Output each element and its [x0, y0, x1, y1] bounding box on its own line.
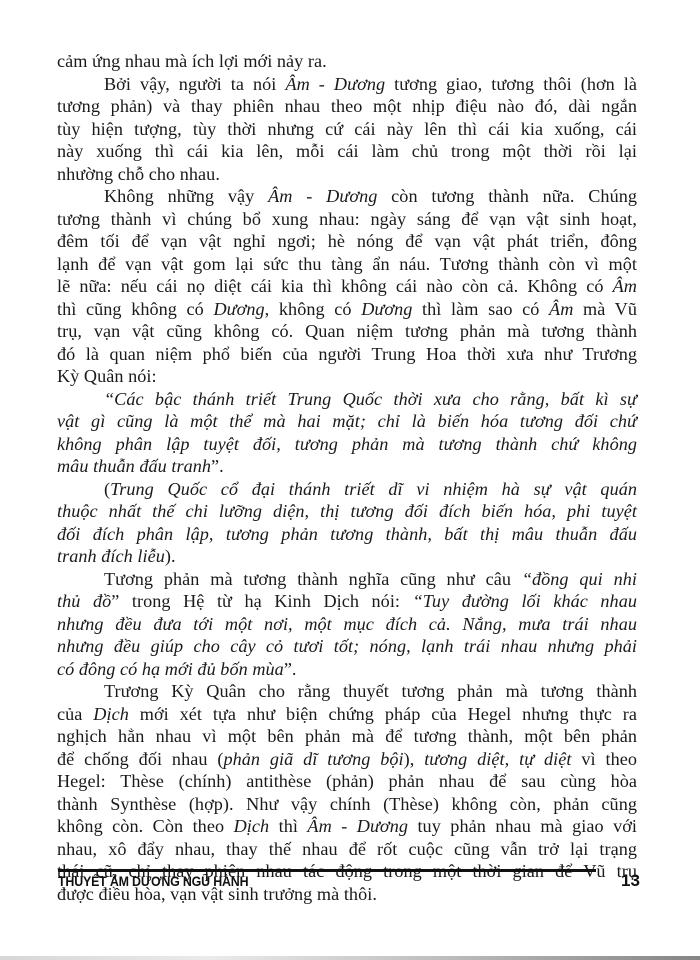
italic-text: Dương [361, 299, 412, 319]
text-run: ), [404, 749, 425, 769]
text-line: tùy hiện tượng, tùy thời nhưng cứ cái nà… [57, 118, 637, 141]
text-run: nghịch hẳn nhau vì một bên phản mà để tư… [57, 726, 637, 746]
text-run: Tương phản mà tương thành nghĩa cũng như… [104, 569, 522, 589]
text-run: thành Synthèse (hợp). Như vậy chính (Thè… [57, 794, 637, 814]
body-text: cảm ứng nhau mà ích lợi mới nảy ra.Bởi v… [57, 50, 637, 905]
footer-rule [58, 869, 596, 872]
text-line: Tương phản mà tương thành nghĩa cũng như… [57, 568, 637, 591]
text-run: vì theo [572, 749, 637, 769]
text-run: đó là quan niệm phổ biến của người Trung… [57, 344, 637, 364]
text-run: nhường chỗ cho nhau. [57, 164, 220, 184]
text-line: trụ, vạn vật cũng không có. Quan niệm tư… [57, 320, 637, 343]
italic-text: “đồng qui nhi [522, 569, 637, 589]
italic-text: thuộc nhất thế chi lưỡng diện, thị tương… [57, 501, 637, 521]
text-line: thành Synthèse (hợp). Như vậy chính (Thè… [57, 793, 637, 816]
italic-text: “Các bậc thánh triết Trung Quốc thời xưa… [104, 389, 637, 409]
italic-text: tương diệt, tự diệt [424, 749, 571, 769]
text-run: đêm tối để vạn vật nghỉ ngơi; hè nóng để… [57, 231, 637, 251]
text-run: này xuống thì cái kia lên, mỗi cái làm c… [57, 141, 637, 161]
italic-text: Trung Quốc cổ đại thánh triết dĩ vi nhiệ… [110, 479, 637, 499]
text-line: cảm ứng nhau mà ích lợi mới nảy ra. [57, 50, 637, 73]
text-line: thuộc nhất thế chi lưỡng diện, thị tương… [57, 500, 637, 523]
text-run: cảm ứng nhau mà ích lợi mới nảy ra. [57, 51, 327, 71]
paragraph: Không những vậy Âm - Dương còn tương thà… [57, 185, 637, 388]
text-run: không còn. Còn theo [57, 816, 234, 836]
text-run: ” trong Hệ từ hạ Kinh Dịch nói: [111, 591, 412, 611]
page-number: 13 [621, 871, 640, 891]
text-line: đối đích phân lập, tương phản tương thàn… [57, 523, 637, 546]
italic-text: vật gì cũng là một thể mà hai mặt; chỉ l… [57, 411, 637, 431]
text-line: nhau, xô đẩy nhau, thay thế nhau để rốt … [57, 838, 637, 861]
paragraph: Tương phản mà tương thành nghĩa cũng như… [57, 568, 637, 681]
text-run: lạnh để vạn vật gom lại sức thu tàng ẩn … [57, 254, 637, 274]
text-line: Bởi vậy, người ta nói Âm - Dương tương g… [57, 73, 637, 96]
italic-text: “Tuy đường lối khác nhau [413, 591, 637, 611]
text-run: trụ, vạn vật cũng không có. Quan niệm tư… [57, 321, 637, 341]
text-run: của [57, 704, 93, 724]
italic-text: có đông có hạ mới đủ bốn mùa [57, 659, 284, 679]
text-line: đó là quan niệm phổ biến của người Trung… [57, 343, 637, 366]
text-line: Không những vậy Âm - Dương còn tương thà… [57, 185, 637, 208]
italic-text: mâu thuẫn đấu tranh [57, 456, 211, 476]
italic-text: Âm [549, 299, 573, 319]
text-run: Hegel: Thèse (chính) antithèse (phản) ph… [57, 771, 637, 791]
text-line: có đông có hạ mới đủ bốn mùa”. [57, 658, 637, 681]
text-line: tương phản) và thay phiên nhau theo một … [57, 95, 637, 118]
italic-text: Âm - Dương [307, 816, 408, 836]
italic-text: Âm - Dương [268, 186, 377, 206]
text-line: “Các bậc thánh triết Trung Quốc thời xưa… [57, 388, 637, 411]
text-run: nhau, xô đẩy nhau, thay thế nhau để rốt … [57, 839, 637, 859]
text-line: thủ đồ” trong Hệ từ hạ Kinh Dịch nói: “T… [57, 590, 637, 613]
text-line: lẽ nữa: nếu cái nọ diệt cái kia thì khôn… [57, 275, 637, 298]
italic-text: không phân lập tuyệt đối, tương phản mà … [57, 434, 637, 454]
text-line: Hegel: Thèse (chính) antithèse (phản) ph… [57, 770, 637, 793]
text-run: ”. [284, 659, 297, 679]
text-line: đêm tối để vạn vật nghỉ ngơi; hè nóng để… [57, 230, 637, 253]
text-run: để chống đối nhau ( [57, 749, 223, 769]
text-line: nghịch hẳn nhau vì một bên phản mà để tư… [57, 725, 637, 748]
text-run: tương phản) và thay phiên nhau theo một … [57, 96, 637, 116]
text-line: nhường chỗ cho nhau. [57, 163, 637, 186]
text-line: không phân lập tuyệt đối, tương phản mà … [57, 433, 637, 456]
scan-edge [0, 956, 700, 960]
text-run: còn tương thành nữa. Chúng [377, 186, 637, 206]
italic-text: Dịch [93, 704, 129, 724]
text-line: Trương Kỳ Quân cho rằng thuyết tương phả… [57, 680, 637, 703]
text-run: tùy hiện tượng, tùy thời nhưng cứ cái nà… [57, 119, 637, 139]
text-line: nhưng đều đưa tới một nơi, một mục đích … [57, 613, 637, 636]
text-line: thì cũng không có Dương, không có Dương … [57, 298, 637, 321]
text-run: thì làm sao có [412, 299, 549, 319]
text-run: lẽ nữa: nếu cái nọ diệt cái kia thì khôn… [57, 276, 613, 296]
text-run: ”. [211, 456, 224, 476]
text-line: nhưng đều giúp cho cây cỏ tươi tốt; nóng… [57, 635, 637, 658]
text-run: Bởi vậy, người ta nói [104, 74, 285, 94]
text-line: tương thành vì chúng bổ xung nhau: ngày … [57, 208, 637, 231]
italic-text: Âm - Dương [285, 74, 385, 94]
book-page: cảm ứng nhau mà ích lợi mới nảy ra.Bởi v… [0, 0, 700, 960]
text-run: Không những vậy [104, 186, 268, 206]
paragraph: cảm ứng nhau mà ích lợi mới nảy ra. [57, 50, 637, 73]
paragraph: (Trung Quốc cổ đại thánh triết dĩ vi nhi… [57, 478, 637, 568]
text-run: Kỳ Quân nói: [57, 366, 157, 386]
text-line: (Trung Quốc cổ đại thánh triết dĩ vi nhi… [57, 478, 637, 501]
text-run: mà Vũ [573, 299, 637, 319]
italic-text: Âm [613, 276, 637, 296]
text-line: để chống đối nhau (phản giã dĩ tương bội… [57, 748, 637, 771]
text-run: tuy phản nhau mà giao với [408, 816, 637, 836]
running-footer-title: THUYẾT ÂM DƯƠNG NGŨ HÀNH [58, 874, 248, 889]
italic-text: phản giã dĩ tương bội [223, 749, 403, 769]
text-line: này xuống thì cái kia lên, mỗi cái làm c… [57, 140, 637, 163]
italic-text: Dịch [234, 816, 270, 836]
italic-text: nhưng đều đưa tới một nơi, một mục đích … [57, 614, 637, 634]
text-run: mới xét tựa như biện chứng pháp của Hege… [129, 704, 637, 724]
text-line: Kỳ Quân nói: [57, 365, 637, 388]
text-line: tranh đích liễu). [57, 545, 637, 568]
text-run: tương thành vì chúng bổ xung nhau: ngày … [57, 209, 637, 229]
italic-text: thủ đồ [57, 591, 111, 611]
text-run: tương giao, tương thôi (hơn là [385, 74, 637, 94]
text-run: , không có [265, 299, 362, 319]
text-line: của Dịch mới xét tựa như biện chứng pháp… [57, 703, 637, 726]
text-line: lạnh để vạn vật gom lại sức thu tàng ẩn … [57, 253, 637, 276]
text-line: mâu thuẫn đấu tranh”. [57, 455, 637, 478]
text-run: Trương Kỳ Quân cho rằng thuyết tương phả… [104, 681, 637, 701]
text-line: không còn. Còn theo Dịch thì Âm - Dương … [57, 815, 637, 838]
paragraph: Bởi vậy, người ta nói Âm - Dương tương g… [57, 73, 637, 186]
text-run: ). [165, 546, 176, 566]
italic-text: Dương [213, 299, 264, 319]
italic-text: tranh đích liễu [57, 546, 165, 566]
italic-text: đối đích phân lập, tương phản tương thàn… [57, 524, 637, 544]
text-line: vật gì cũng là một thể mà hai mặt; chỉ l… [57, 410, 637, 433]
text-run: thì cũng không có [57, 299, 213, 319]
text-run: thì [269, 816, 307, 836]
paragraph: “Các bậc thánh triết Trung Quốc thời xưa… [57, 388, 637, 478]
italic-text: nhưng đều giúp cho cây cỏ tươi tốt; nóng… [57, 636, 637, 656]
